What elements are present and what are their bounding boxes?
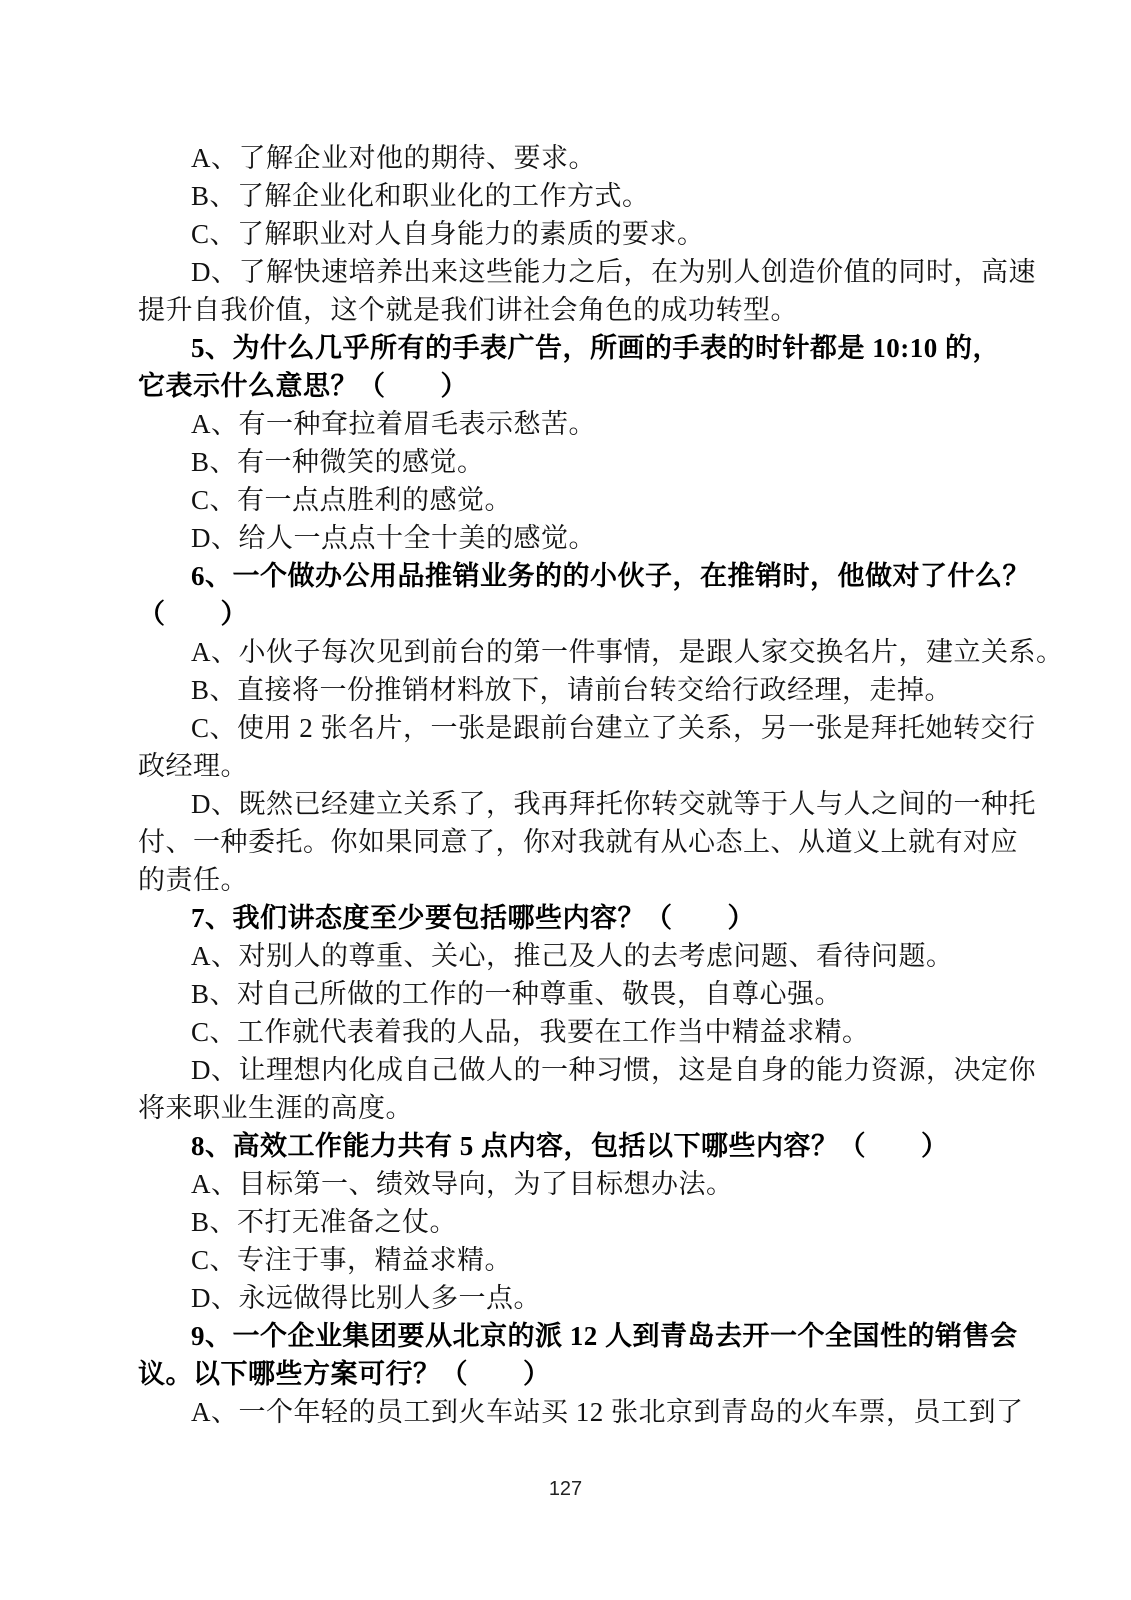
text-line: C、专注于事，精益求精。 <box>138 1241 994 1279</box>
question-heading-line: 5、为什么几乎所有的手表广告，所画的手表的时针都是 10:10 的， <box>138 329 994 367</box>
text-line: C、有一点点胜利的感觉。 <box>138 481 994 519</box>
text-line: C、了解职业对人自身能力的素质的要求。 <box>138 215 994 253</box>
text-line: A、了解企业对他的期待、要求。 <box>138 139 994 177</box>
page-number: 127 <box>0 1476 1131 1502</box>
text-line: D、永远做得比别人多一点。 <box>138 1279 994 1317</box>
text-line: B、有一种微笑的感觉。 <box>138 443 994 481</box>
document-lines: A、了解企业对他的期待、要求。B、了解企业化和职业化的工作方式。C、了解职业对人… <box>138 139 994 1431</box>
text-line: C、使用 2 张名片，一张是跟前台建立了关系，另一张是拜托她转交行 <box>138 709 994 747</box>
text-line: 将来职业生涯的高度。 <box>138 1089 994 1127</box>
question-heading-line: 8、高效工作能力共有 5 点内容，包括以下哪些内容？（ ） <box>138 1127 994 1165</box>
text-line: A、对别人的尊重、关心，推己及人的去考虑问题、看待问题。 <box>138 937 994 975</box>
text-line: A、有一种耷拉着眉毛表示愁苦。 <box>138 405 994 443</box>
question-heading-line: 7、我们讲态度至少要包括哪些内容？（ ） <box>138 899 994 937</box>
text-line: B、不打无准备之仗。 <box>138 1203 994 1241</box>
text-line: D、了解快速培养出来这些能力之后，在为别人创造价值的同时，高速 <box>138 253 994 291</box>
text-line: D、既然已经建立关系了，我再拜托你转交就等于人与人之间的一种托 <box>138 785 994 823</box>
question-heading-line: （ ） <box>138 595 994 633</box>
text-line: 提升自我价值，这个就是我们讲社会角色的成功转型。 <box>138 291 994 329</box>
text-line: B、了解企业化和职业化的工作方式。 <box>138 177 994 215</box>
text-line: D、让理想内化成自己做人的一种习惯，这是自身的能力资源，决定你 <box>138 1051 994 1089</box>
text-line: 政经理。 <box>138 747 994 785</box>
text-line: 的责任。 <box>138 861 994 899</box>
question-heading-line: 它表示什么意思？（ ） <box>138 367 994 405</box>
text-line: B、直接将一份推销材料放下，请前台转交给行政经理，走掉。 <box>138 671 994 709</box>
text-line: A、目标第一、绩效导向，为了目标想办法。 <box>138 1165 994 1203</box>
text-line: D、给人一点点十全十美的感觉。 <box>138 519 994 557</box>
document-page: A、了解企业对他的期待、要求。B、了解企业化和职业化的工作方式。C、了解职业对人… <box>0 0 1131 1600</box>
text-line: A、一个年轻的员工到火车站买 12 张北京到青岛的火车票，员工到了 <box>138 1393 994 1431</box>
text-line: 付、一种委托。你如果同意了，你对我就有从心态上、从道义上就有对应 <box>138 823 994 861</box>
text-line: B、对自己所做的工作的一种尊重、敬畏，自尊心强。 <box>138 975 994 1013</box>
text-line: A、小伙子每次见到前台的第一件事情，是跟人家交换名片，建立关系。 <box>138 633 994 671</box>
question-heading-line: 6、一个做办公用品推销业务的的小伙子，在推销时，他做对了什么？ <box>138 557 994 595</box>
question-heading-line: 议。以下哪些方案可行？（ ） <box>138 1355 994 1393</box>
text-line: C、工作就代表着我的人品，我要在工作当中精益求精。 <box>138 1013 994 1051</box>
question-heading-line: 9、一个企业集团要从北京的派 12 人到青岛去开一个全国性的销售会 <box>138 1317 994 1355</box>
